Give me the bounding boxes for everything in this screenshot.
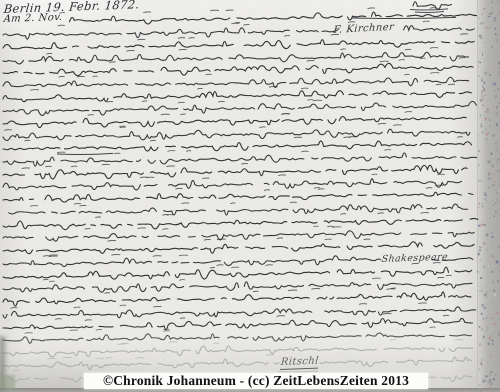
legible-word: F. Kirchner (333, 22, 395, 36)
legible-word: Shakespeare (381, 252, 449, 265)
legible-words-layer: Berlin 19. Febr. 1872.Am 2. Nov.F. Kirch… (0, 0, 500, 392)
scanned-letter-page: Berlin 19. Febr. 1872.Am 2. Nov.F. Kirch… (0, 0, 500, 392)
attribution-caption: ©Chronik Johanneum - (cc) ZeitLebensZeit… (84, 373, 428, 389)
caption-text: ©Chronik Johanneum - (cc) ZeitLebensZeit… (103, 373, 409, 388)
legible-word: Ritschl (280, 356, 319, 370)
legible-word: Am 2. Nov. (3, 12, 63, 25)
